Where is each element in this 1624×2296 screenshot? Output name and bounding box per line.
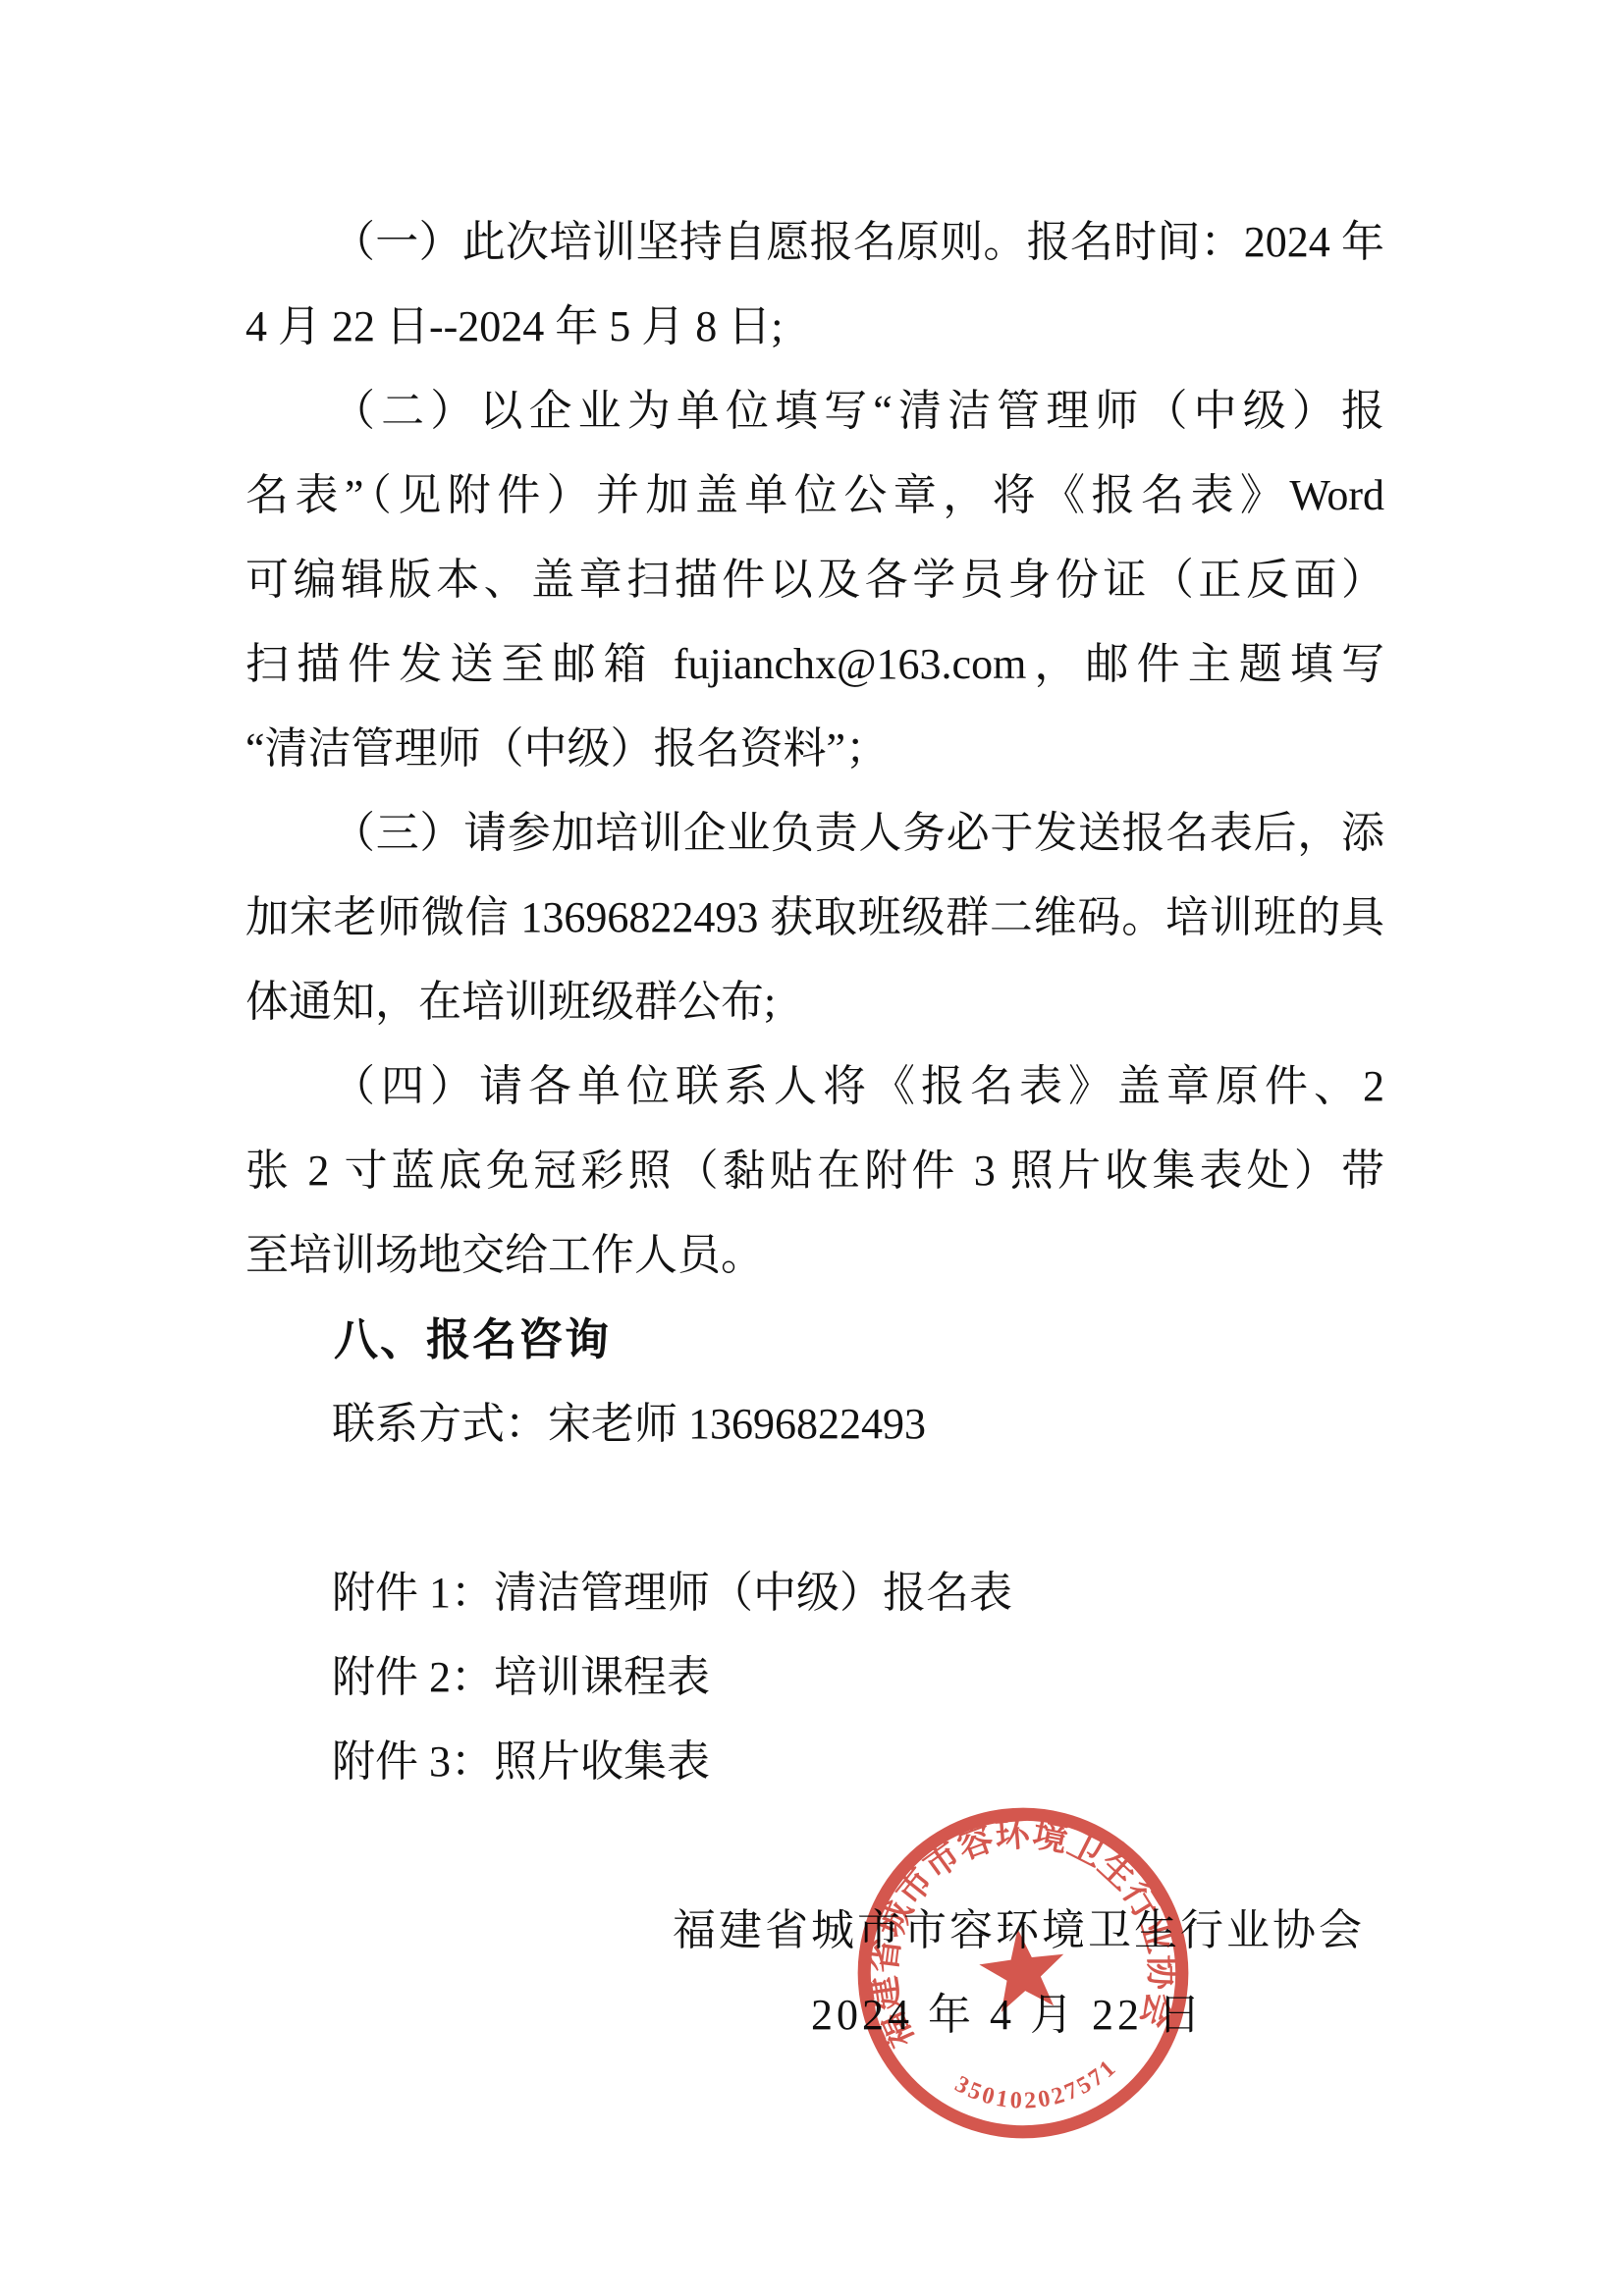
paragraph-2-line-2: 名表”（见附件）并加盖单位公章，将《报名表》Word [245, 454, 1384, 538]
attachment-2-line: 附件 2：培训课程表 [245, 1635, 1384, 1720]
paragraph-4-line-3: 至培训场地交给工作人员。 [245, 1213, 1384, 1298]
paragraph-1-line-2: 4 月 22 日--2024 年 5 月 8 日; [245, 285, 1384, 369]
contact-line: 联系方式：宋老师 13696822493 [245, 1382, 1384, 1467]
section-heading: 八、报名咨询 [245, 1298, 1384, 1382]
paragraph-3-line-3: 体通知，在培训班级群公布; [245, 960, 1384, 1044]
paragraph-3-line-1: （三）请参加培训企业负责人务必于发送报名表后，添 [245, 791, 1384, 876]
document-body: （一）此次培训坚持自愿报名原则。报名时间：2024 年 4 月 22 日--20… [245, 200, 1384, 2057]
official-seal: 福建省城市市容环境卫生行业协会 3501020275718 [824, 1774, 1222, 2172]
seal-star-icon [976, 1924, 1070, 2014]
paragraph-2-line-4: 扫描件发送至邮箱 fujianchx@163.com，邮件主题填写 [245, 622, 1384, 707]
paragraph-2-line-1: （二）以企业为单位填写“清洁管理师（中级）报 [245, 369, 1384, 454]
document-page: （一）此次培训坚持自愿报名原则。报名时间：2024 年 4 月 22 日--20… [0, 0, 1624, 2296]
attachment-3-line: 附件 3：照片收集表 [245, 1720, 1384, 1804]
paragraph-2-line-3: 可编辑版本、盖章扫描件以及各学员身份证（正反面） [245, 538, 1384, 622]
paragraph-2-line-5: “清洁管理师（中级）报名资料”； [245, 707, 1384, 791]
signature-organization: 福建省城市市容环境卫生行业协会 [245, 1889, 1384, 1973]
signature-date: 2024 年 4 月 22 日 [245, 1973, 1384, 2057]
blank-line [245, 1467, 1384, 1551]
attachment-1-line: 附件 1：清洁管理师（中级）报名表 [245, 1551, 1384, 1635]
paragraph-4-line-1: （四）请各单位联系人将《报名表》盖章原件、2 [245, 1044, 1384, 1129]
paragraph-3-line-2: 加宋老师微信 13696822493 获取班级群二维码。培训班的具 [245, 876, 1384, 960]
paragraph-1-line-1: （一）此次培训坚持自愿报名原则。报名时间：2024 年 [245, 200, 1384, 285]
paragraph-4-line-2: 张 2 寸蓝底免冠彩照（黏贴在附件 3 照片收集表处）带 [245, 1129, 1384, 1213]
blank-line [245, 1804, 1384, 1889]
